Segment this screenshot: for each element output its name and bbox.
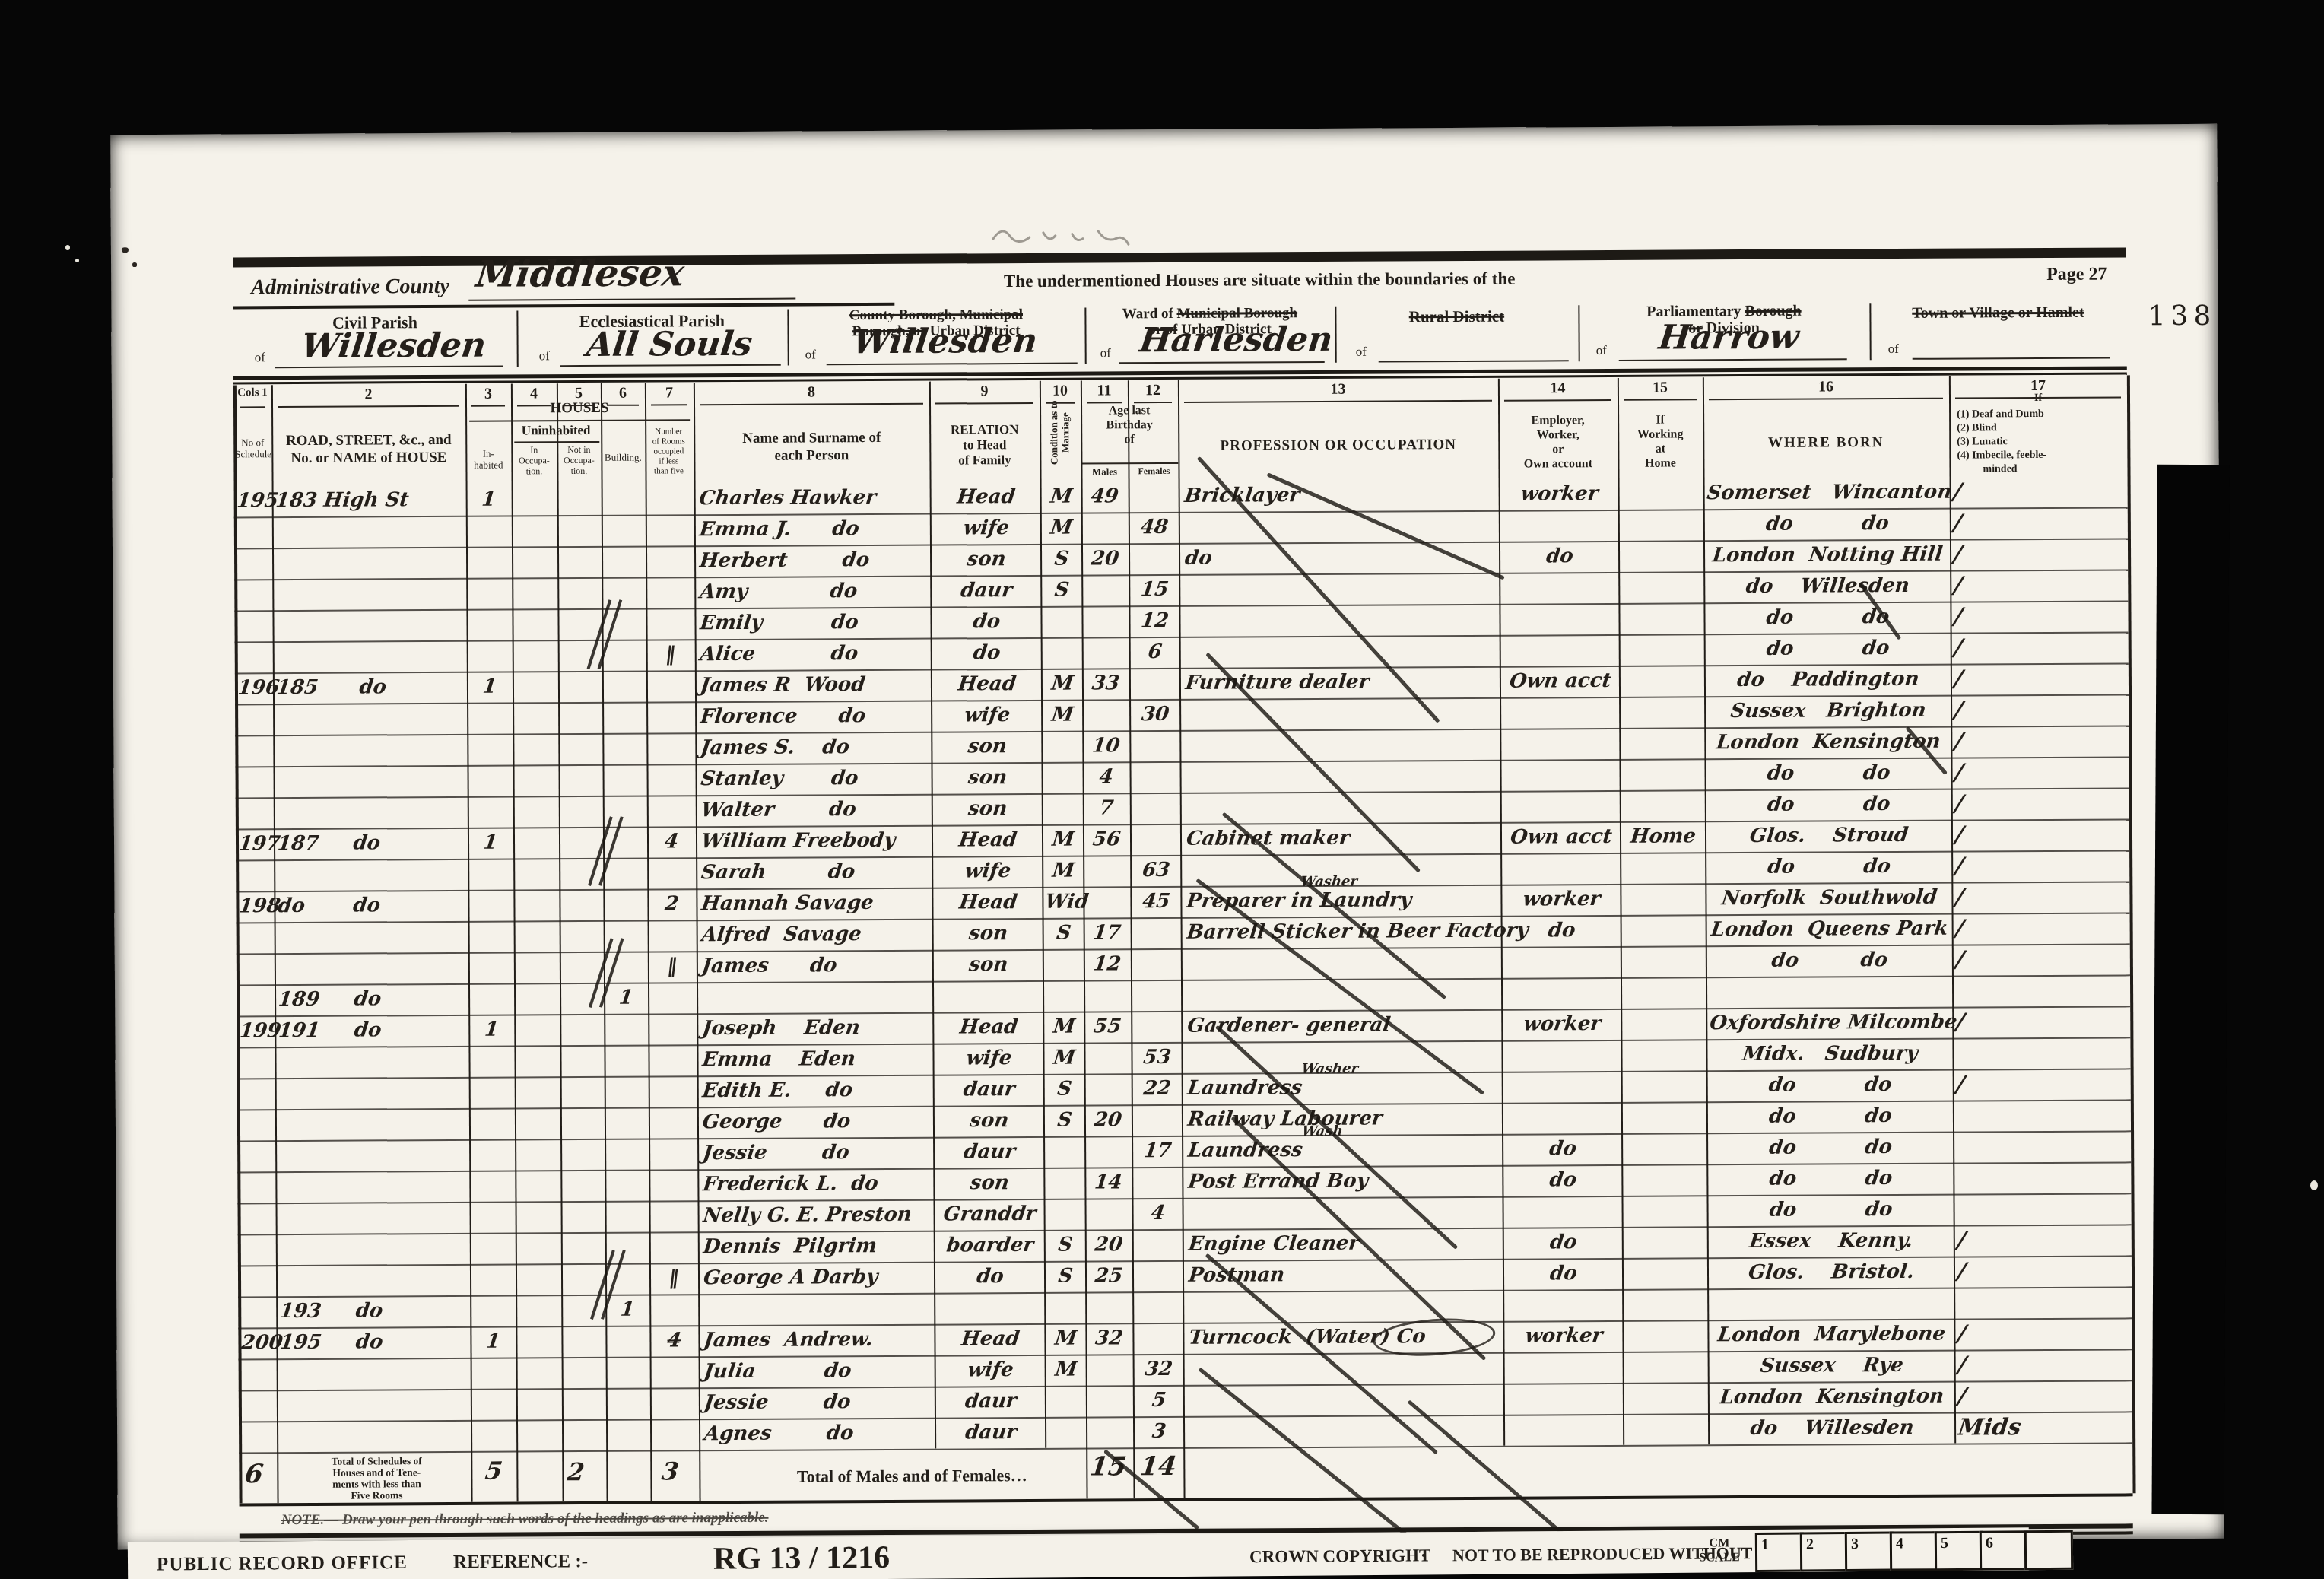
cell-born: Somerset Wincanton [1705, 477, 1949, 510]
cell-ageM: 20 [1084, 1229, 1132, 1260]
cell-inh: 1 [467, 672, 513, 703]
cell-cond: M [1046, 1355, 1086, 1386]
cell-rel: wife [932, 513, 1040, 545]
cell-cond: M [1043, 856, 1084, 887]
cell-inf: / [1953, 725, 2129, 757]
cell-cond: M [1041, 481, 1081, 513]
cell-name: Emma Eden [700, 1044, 932, 1076]
cell-born: do do [1709, 1194, 1953, 1227]
scale-box: 6 [1980, 1530, 2028, 1571]
scale-number: 5 [1941, 1535, 1948, 1552]
cell-ageF: 12 [1130, 605, 1179, 637]
scan-bed: Administrative County Middlesex The unde… [0, 0, 2324, 1579]
cell-inh: 1 [468, 1014, 515, 1045]
scale-number: 6 [1986, 1535, 1993, 1552]
cell-rooms: ‖ [649, 1263, 699, 1294]
column-number: 17 [1949, 376, 2127, 395]
totals-schedules-label: Total of Schedules ofHouses and of Tene-… [283, 1455, 470, 1501]
cell-sched: 198 [237, 891, 275, 922]
cell-home: Home [1621, 821, 1706, 853]
cell-cond: M [1044, 1012, 1084, 1043]
cell-emp: do [1504, 1164, 1622, 1196]
cell-occ: Post Errand Boy [1186, 1165, 1502, 1198]
cell-name: Sarah do [700, 856, 932, 889]
cell-born: do do [1706, 758, 1951, 790]
cell-born: London Queens Park [1707, 913, 1951, 946]
cell-ageM: 55 [1084, 1011, 1132, 1042]
cell-born: do Paddington [1706, 664, 1951, 697]
cell-rel: Head [934, 887, 1043, 919]
cell-ageM: 7 [1082, 793, 1130, 824]
cell-name: Hannah Savage [700, 888, 932, 920]
cell-cond: M [1046, 1323, 1086, 1355]
totals-inhabited: 5 [471, 1456, 516, 1485]
cell-rel: Head [935, 1012, 1043, 1044]
cell-house: 189 do [277, 983, 467, 1015]
cell-inf: / [1954, 850, 2129, 882]
cell-cond: M [1043, 669, 1083, 700]
cell-born: do do [1706, 789, 1951, 821]
cell-occ-above: Washer [1301, 1062, 1455, 1076]
cell-ageM: 32 [1085, 1323, 1133, 1354]
cell-inf: / [1954, 1068, 2130, 1100]
cell-cond: S [1046, 1261, 1086, 1292]
cell-rel: do [936, 1261, 1045, 1293]
cell-inf: / [1951, 475, 2127, 507]
column-number: 7 [645, 384, 694, 402]
cell-ageM: 20 [1081, 543, 1129, 574]
cell-inf: / [1952, 600, 2128, 632]
cell-born: do do [1708, 1069, 1952, 1102]
folio-number: 138 [2146, 300, 2218, 332]
cell-rel: daur [935, 1136, 1044, 1168]
dust-speck [75, 259, 79, 262]
cell-born: do do [1709, 1132, 1953, 1164]
cell-occ: Gardener- general [1186, 1009, 1501, 1042]
cell-bldg: 1 [604, 983, 649, 1014]
cell-rel: son [934, 949, 1043, 981]
cell-rel: do [932, 637, 1041, 669]
cell-born: do Willesden [1710, 1412, 1954, 1445]
cell-ageM: 4 [1082, 761, 1130, 793]
cell-rel: son [933, 731, 1042, 763]
cell-emp: worker [1503, 884, 1621, 916]
cell-inf: / [1954, 943, 2129, 975]
cell-house: 195 do [278, 1326, 468, 1358]
cell-ageF: 22 [1132, 1073, 1182, 1104]
scan-shadow-wedge [2151, 465, 2229, 1514]
cell-inh: 1 [470, 1326, 516, 1357]
cell-occ: Furniture dealer [1184, 666, 1500, 699]
footer-scale-label: CMSCALE [1693, 1536, 1746, 1565]
cell-rel: son [933, 762, 1042, 794]
cell-born: do do [1709, 1163, 1953, 1196]
scale-box: 1 [1755, 1533, 1804, 1573]
footer-reference-number: RG 13 / 1216 [713, 1539, 891, 1577]
cell-name: Jessie do [701, 1137, 933, 1170]
cell-inf: / [1956, 1317, 2132, 1349]
cell-ageF: 15 [1130, 574, 1179, 605]
cell-born: Norfolk Southwold [1707, 882, 1951, 915]
cell-name: Alfred Savage [700, 919, 932, 952]
cell-inf: / [1953, 694, 2129, 726]
cell-emp: worker [1503, 1009, 1621, 1040]
cell-rel: son [932, 544, 1041, 576]
cell-name: Jessie do [702, 1387, 934, 1419]
cell-sched: 199 [238, 1015, 275, 1047]
note-line: NOTE.— Draw your pen through such words … [281, 1510, 769, 1529]
cell-sched: 200 [240, 1327, 277, 1358]
cell-name: Walter do [699, 794, 931, 827]
cell-inf: / [1954, 912, 2129, 944]
cell-emp: worker [1505, 1320, 1623, 1352]
cell-ageF: 6 [1130, 637, 1179, 668]
cell-name: James Andrew. [702, 1324, 934, 1357]
cell-name: William Freebody [700, 825, 932, 858]
cell-born: do do [1709, 1101, 1953, 1133]
cell-sched: 197 [237, 828, 275, 859]
cell-ageM: 56 [1083, 824, 1131, 855]
cell-name: Dennis Pilgrim [701, 1231, 933, 1263]
cell-name: Amy do [698, 576, 930, 608]
column-number: 13 [1178, 380, 1498, 399]
cell-ageM: 10 [1082, 730, 1130, 761]
footer-copyright: CROWN COPYRIGHT [1249, 1546, 1431, 1567]
cell-inf: / [1956, 1349, 2132, 1380]
cell-emp: do [1504, 1133, 1622, 1165]
cell-name: James do [700, 950, 932, 983]
cell-ageM: 12 [1083, 948, 1131, 980]
totals-building: 3 [646, 1457, 694, 1485]
column-number: 6 [601, 385, 645, 402]
totals-uninhabited: 2 [553, 1457, 598, 1486]
cell-born: do do [1706, 633, 1950, 666]
cell-sched: 195 [235, 485, 272, 516]
cell-inh: 1 [468, 828, 514, 859]
cell-house: 183 High St [274, 485, 464, 516]
dust-speck [2310, 1180, 2318, 1190]
cell-born: Glos. Bristol. [1710, 1257, 1954, 1289]
cell-emp: do [1501, 541, 1619, 573]
dust-speck [65, 245, 70, 250]
census-page: Administrative County Middlesex The unde… [110, 124, 2224, 1549]
cell-rel: Head [934, 824, 1043, 856]
footer-reference-label: REFERENCE :- [453, 1551, 588, 1573]
cell-sched: 196 [237, 672, 274, 704]
column-number: 3 [465, 386, 511, 403]
cell-rel: daur [935, 1074, 1043, 1106]
cell-rooms: 2 [647, 888, 697, 920]
cell-name: Edith E. do [700, 1075, 932, 1107]
cell-rel: do [932, 606, 1041, 638]
cell-name: Emma J. do [697, 513, 929, 546]
column-number: 12 [1128, 382, 1178, 399]
cell-rel: son [935, 1168, 1044, 1199]
cell-ageF: 30 [1131, 699, 1180, 730]
cell-cond: S [1042, 544, 1082, 575]
column-number: 11 [1081, 382, 1128, 399]
cell-house: 191 do [277, 1015, 467, 1047]
scale-number: 4 [1896, 1535, 1903, 1552]
cell-inh: 1 [465, 485, 512, 516]
cell-name: George A Darby [702, 1262, 934, 1295]
cell-born: Midx. Sudbury [1708, 1038, 1952, 1071]
cell-cond: M [1043, 824, 1084, 856]
cell-inf: / [1952, 569, 2128, 601]
cell-inf: / [1952, 538, 2128, 570]
cell-name: Emily do [698, 607, 930, 640]
cell-ageM: 49 [1081, 481, 1129, 512]
scale-box: 5 [1935, 1531, 1983, 1571]
cell-inf: / [1954, 881, 2129, 913]
cell-ageM: 20 [1084, 1104, 1132, 1136]
cell-rel: daur [937, 1417, 1046, 1449]
cell-rooms: 4 [647, 826, 697, 857]
cell-bldg: 1 [605, 1295, 650, 1326]
rows-layer: 195183 High St1Charles HawkerHeadM49Bric… [110, 124, 2224, 1549]
cell-inf: / [1956, 1255, 2132, 1287]
cell-rel: Head [933, 669, 1042, 701]
cell-born: Sussex Rye [1710, 1350, 1954, 1383]
cell-born: do do [1707, 851, 1951, 884]
cell-ageF: 63 [1132, 855, 1181, 886]
cell-rooms: ‖ [647, 951, 697, 982]
cell-rel: daur [936, 1386, 1045, 1418]
column-number: 16 [1703, 378, 1949, 397]
cell-born: Glos. Stroud [1707, 820, 1951, 853]
cell-emp: Own acct [1503, 821, 1621, 853]
cell-house: 187 do [276, 828, 466, 859]
cell-inf: / [1952, 631, 2128, 663]
cell-cond: Wid [1043, 887, 1084, 918]
cell-cond: S [1043, 918, 1084, 949]
cell-cond: M [1044, 1043, 1084, 1074]
cell-inf: / [1955, 1224, 2131, 1256]
cell-rel: daur [932, 575, 1041, 607]
cell-inf: Mids [1957, 1411, 2132, 1443]
cell-name: James R Wood [699, 669, 931, 702]
cell-emp: worker [1500, 478, 1618, 510]
cell-emp: Own acct [1502, 666, 1620, 697]
cell-ageF: 3 [1135, 1416, 1184, 1447]
cell-born: Oxfordshire Milcombe [1708, 1007, 1952, 1040]
cell-ageF: 5 [1134, 1385, 1183, 1416]
cell-rel: wife [936, 1355, 1045, 1387]
cell-name: Julia do [702, 1355, 934, 1388]
cell-rel: boarder [935, 1230, 1044, 1262]
cell-emp: do [1503, 915, 1621, 947]
column-number: 2 [271, 386, 465, 404]
scale-number: 1 [1761, 1536, 1769, 1554]
cell-occ-above: Washer [1300, 875, 1453, 889]
cell-inf: / [1956, 1380, 2132, 1412]
cell-name: Florence do [699, 701, 931, 733]
cell-born: Essex Kenny. [1709, 1225, 1953, 1258]
cell-house: do do [276, 890, 466, 922]
footer-office: PUBLIC RECORD OFFICE [157, 1552, 408, 1576]
scale-box: 4 [1890, 1531, 1938, 1571]
cell-emp: do [1505, 1258, 1623, 1290]
cell-ageF: 17 [1133, 1136, 1183, 1167]
cell-name: James S. do [699, 732, 931, 764]
cell-ageM: 17 [1083, 917, 1131, 948]
scale-box: 2 [1800, 1532, 1849, 1572]
cell-inf: / [1954, 1006, 2130, 1037]
cell-born: Sussex Brighton [1706, 695, 1951, 728]
cell-ageF: 45 [1132, 886, 1181, 917]
cell-name: Frederick L. do [701, 1168, 933, 1201]
cell-rel: son [933, 793, 1042, 825]
cell-rel: son [935, 1105, 1044, 1137]
cell-name: Charles Hawker [697, 482, 929, 515]
cell-born: do do [1706, 602, 1950, 634]
cell-occ: do [1183, 542, 1499, 574]
cell-rel: wife [935, 1043, 1043, 1075]
column-number: 5 [557, 385, 601, 402]
cell-rooms: ‖ [646, 639, 695, 670]
cell-born: London Kensington [1710, 1381, 1954, 1414]
column-number: 4 [511, 385, 557, 402]
footer-dot: · [1421, 1546, 1427, 1565]
cell-rel: Head [932, 481, 1040, 513]
cell-rel: Granddr [935, 1199, 1044, 1231]
column-number: 15 [1618, 379, 1703, 397]
cell-name: Stanley do [699, 763, 931, 796]
cell-occ: Cabinet maker [1185, 822, 1500, 855]
cell-born: London Marylebone [1710, 1319, 1954, 1352]
cell-ageF: 4 [1133, 1198, 1183, 1229]
cell-ageF: 53 [1132, 1042, 1182, 1073]
cell-rel: wife [933, 700, 1042, 732]
cell-cond: S [1042, 575, 1082, 606]
cell-inf: / [1954, 818, 2129, 850]
cell-name: Alice do [698, 638, 930, 671]
totals-males-females-label: Total of Males and of Females… [748, 1466, 1075, 1487]
cell-rel: son [934, 918, 1043, 950]
cell-name: Herbert do [698, 545, 930, 577]
cell-born: London Notting Hill [1706, 539, 1950, 572]
cell-inf: / [1951, 507, 2127, 539]
cell-rel: Head [936, 1323, 1045, 1355]
cell-ageM: 25 [1085, 1260, 1133, 1291]
cell-ageM: 33 [1082, 668, 1130, 699]
cell-cond: S [1045, 1105, 1085, 1136]
cell-born: do Willesden [1706, 570, 1950, 603]
cell-occ: Barrell Sticker in Beer Factory [1185, 916, 1500, 948]
cell-name: Joseph Eden [700, 1012, 932, 1045]
cell-born: London Kensington [1706, 726, 1951, 759]
cell-name: Agnes do [703, 1418, 935, 1450]
cell-cond: M [1041, 513, 1081, 544]
cell-name: George do [701, 1106, 933, 1139]
scale-number: 2 [1806, 1536, 1814, 1553]
cell-ageF: 32 [1134, 1354, 1183, 1385]
cell-rooms: 4 [649, 1325, 699, 1356]
cell-ageF: 48 [1129, 512, 1179, 543]
cell-ageM: 14 [1084, 1167, 1132, 1198]
cell-cond: M [1043, 700, 1083, 731]
column-number: 14 [1498, 380, 1618, 398]
cell-occ: Laundress [1186, 1134, 1502, 1167]
cell-born: do do [1707, 945, 1951, 977]
cell-occ: Postman [1187, 1259, 1503, 1291]
column-number: 10 [1040, 383, 1081, 400]
column-number: Cols 1 [233, 386, 271, 399]
cell-name: Nelly G. E. Preston [701, 1199, 933, 1232]
cell-inf: / [1953, 756, 2129, 788]
cell-cond: S [1045, 1230, 1085, 1261]
column-number: 9 [929, 383, 1040, 401]
totals-schedule-count: 6 [243, 1459, 265, 1489]
cell-inf: / [1953, 662, 2129, 694]
scale-box [2024, 1530, 2073, 1571]
column-number: 8 [694, 383, 929, 402]
cell-inf: / [1953, 787, 2129, 819]
cell-emp: do [1504, 1227, 1622, 1259]
scale-box: 3 [1845, 1532, 1894, 1572]
cell-rel: wife [934, 856, 1043, 888]
cell-house: 193 do [278, 1295, 468, 1327]
cell-born: do do [1705, 508, 1949, 541]
cell-cond: S [1044, 1074, 1084, 1105]
scale-number: 3 [1851, 1536, 1859, 1553]
cell-house: 185 do [275, 672, 465, 704]
